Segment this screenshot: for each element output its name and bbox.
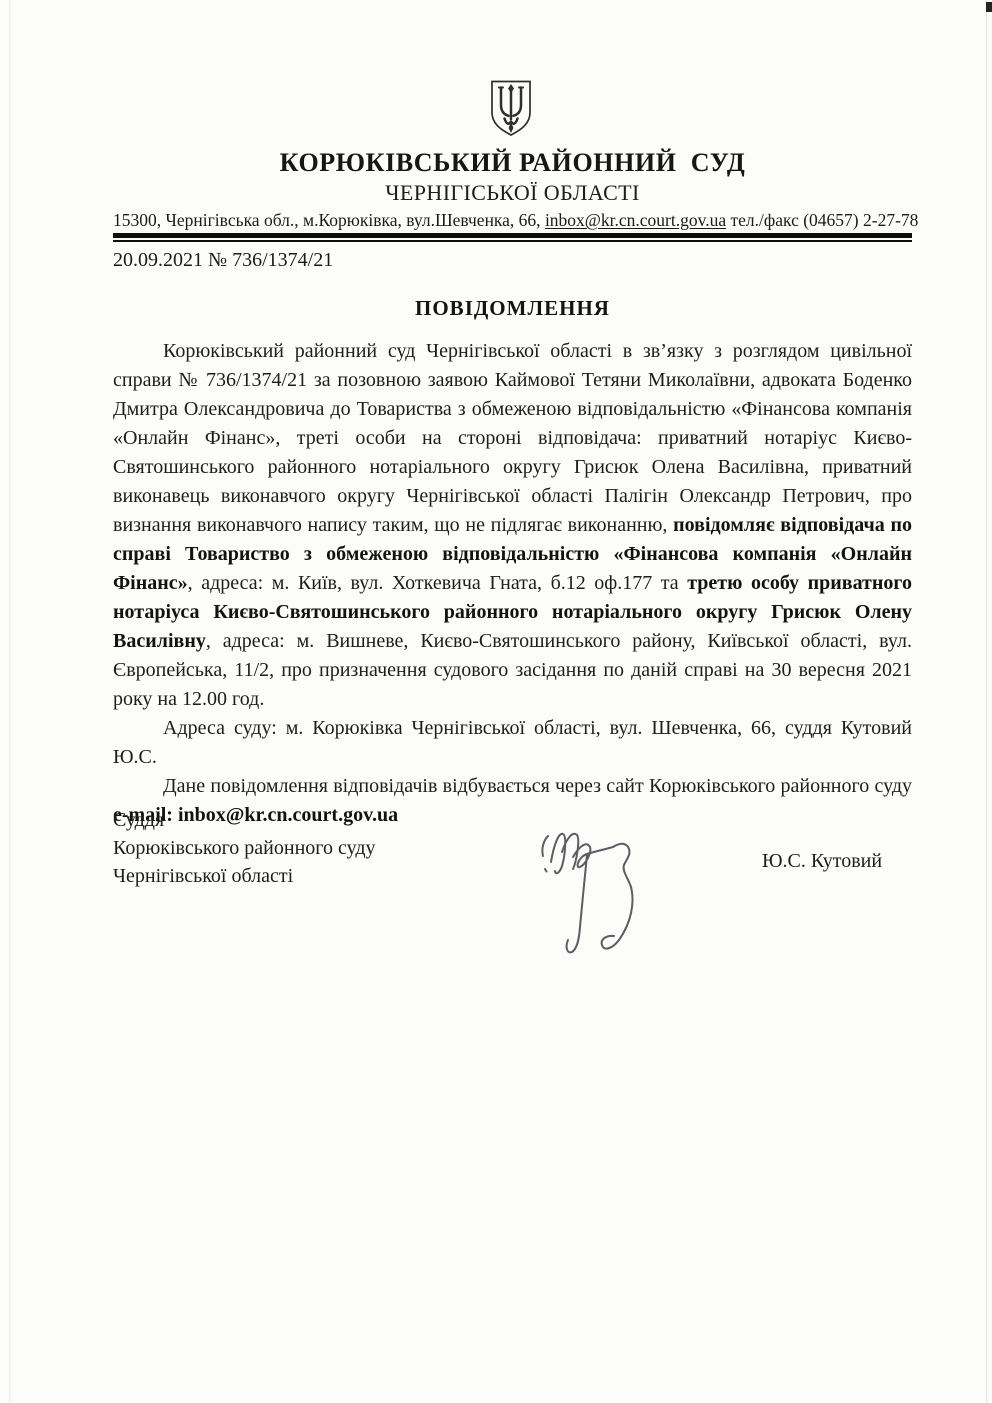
body-paragraph: Корюківський районний суд Чернігівської … [113,337,912,714]
paragraph-segment: , адреса: м. Київ, вул. Хоткевича Гната,… [188,572,688,594]
court-region-heading: ЧЕРНІГІСЬКОЇ ОБЛАСТІ [113,180,912,205]
signer-role-line: Корюківського районного суду [113,834,376,862]
signer-role-line: Чернігівської області [113,862,376,890]
scan-right-edge-line [986,0,987,1403]
scanned-court-document-page: КОРЮКІВСЬКИЙ РАЙОННИЙ СУД ЧЕРНІГІСЬКОЇ О… [0,0,992,1403]
signer-name: Ю.С. Кутовий [762,849,882,873]
document-body: Корюківський районний суд Чернігівської … [113,337,912,830]
date-and-case-number: 20.09.2021 № 736/1374/21 [113,248,912,272]
scan-corner-mark [986,2,992,12]
court-email: inbox@kr.cn.court.gov.ua [545,210,726,230]
address-suffix: тел./факс (04657) 2-27-78 [726,210,918,230]
paragraph-segment: Корюківський районний суд Чернігівської … [113,340,912,536]
address-prefix: 15300, Чернігівська обл., м.Корюківка, в… [113,210,545,230]
body-paragraph: Адреса суду: м. Корюківка Чернігівської … [113,714,912,772]
scan-left-edge-shadow [9,0,11,1403]
header-divider-rule [113,233,912,242]
signer-role-block: Суддя Корюківського районного суду Черні… [113,806,376,890]
signer-role-line: Суддя [113,806,376,834]
handwritten-signature [534,810,666,962]
paragraph-segment: Адреса суду: м. Корюківка Чернігівської … [113,717,912,768]
document-content: КОРЮКІВСЬКИЙ РАЙОННИЙ СУД ЧЕРНІГІСЬКОЇ О… [113,148,912,830]
court-name-heading: КОРЮКІВСЬКИЙ РАЙОННИЙ СУД [113,148,912,178]
paragraph-segment: Дане повідомлення відповідачів відбуваєт… [163,775,912,797]
document-title: ПОВІДОМЛЕННЯ [113,296,912,320]
court-address-line: 15300, Чернігівська обл., м.Корюківка, в… [113,210,912,230]
ukraine-trident-icon [488,79,534,137]
paragraph-segment: , адреса: м. Вишневе, Києво-Святошинсько… [113,630,912,710]
